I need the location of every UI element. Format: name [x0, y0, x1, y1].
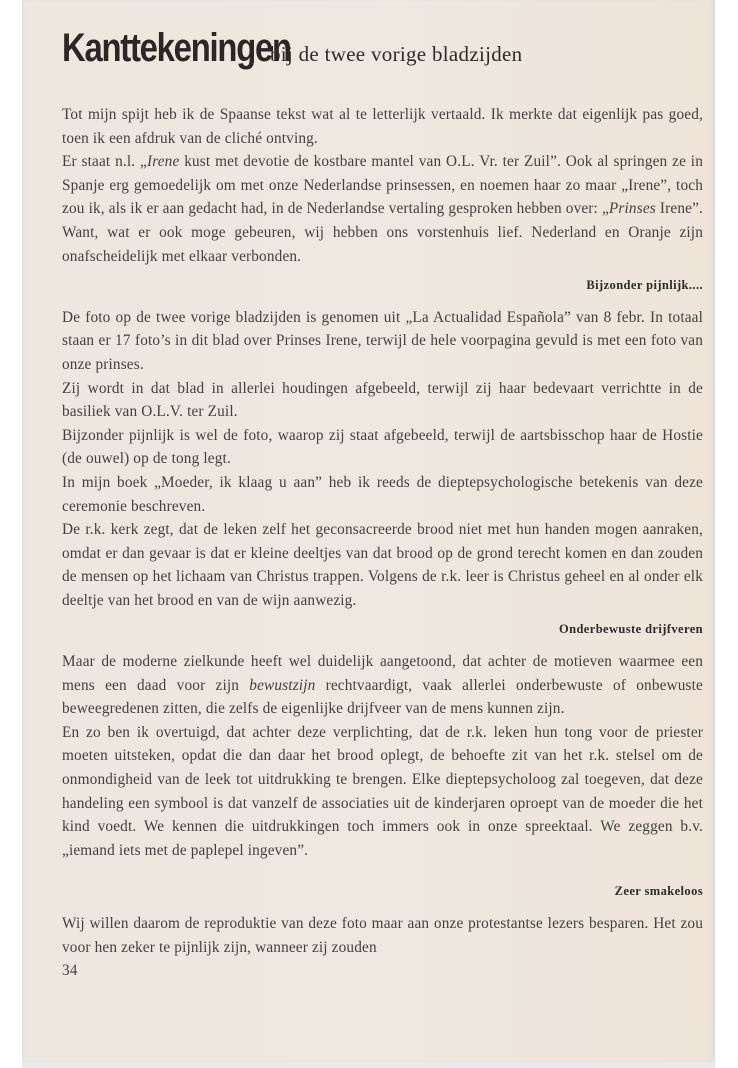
paragraph: Er staat n.l. „Irene kust met devotie de…	[62, 150, 703, 268]
paragraph: De r.k. kerk zegt, dat de leken zelf het…	[62, 518, 703, 612]
scanned-page: Kanttekeningenbij de twee vorige bladzij…	[22, 0, 715, 1068]
page-header: Kanttekeningenbij de twee vorige bladzij…	[62, 26, 522, 71]
italic-text: Irene	[147, 153, 179, 170]
paragraph: In mijn boek „Moeder, ik klaag u aan” he…	[62, 471, 703, 518]
italic-text: bewustzijn	[249, 677, 315, 694]
section-heading: Bijzonder pijnlijk....	[62, 274, 703, 298]
article-body: Tot mijn spijt heb ik de Spaanse tekst w…	[62, 103, 703, 983]
text-run: Er staat n.l. „	[62, 153, 147, 170]
paragraph: Tot mijn spijt heb ik de Spaanse tekst w…	[62, 103, 703, 150]
page-number: 34	[62, 959, 703, 983]
section-heading: Onderbewuste drijfveren	[62, 618, 703, 642]
section-heading: Zeer smakeloos	[62, 880, 703, 904]
paragraph: Wij willen daarom de reproduktie van dez…	[62, 912, 703, 959]
paragraph: Zij wordt in dat blad in allerlei houdin…	[62, 377, 703, 424]
paragraph: Bijzonder pijnlijk is wel de foto, waaro…	[62, 424, 703, 471]
page-subtitle: bij de twee vorige bladzijden	[270, 42, 522, 66]
paragraph: Maar de moderne zielkunde heeft wel duid…	[62, 650, 703, 721]
italic-text: Prinses	[609, 200, 656, 217]
paragraph: En zo ben ik overtuigd, dat achter deze …	[62, 721, 703, 863]
paragraph: De foto op de twee vorige bladzijden is …	[62, 306, 703, 377]
page-title: Kanttekeningen	[62, 26, 226, 71]
